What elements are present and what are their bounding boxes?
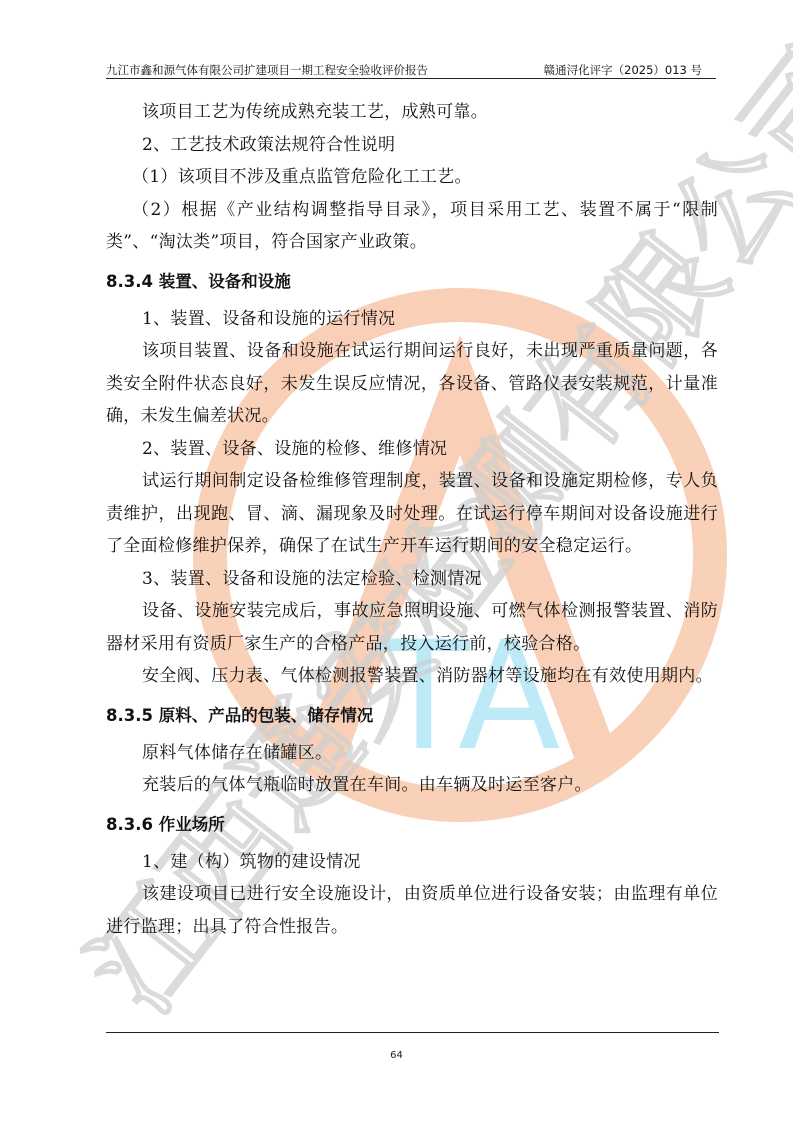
report-title: 九江市鑫和源气体有限公司扩建项目一期工程安全验收评价报告	[106, 62, 428, 78]
paragraph: 安全阀、压力表、气体检测报警装置、消防器材等设施均在有效使用期内。	[106, 660, 718, 693]
paragraph: 设备、设施安装完成后，事故应急照明设施、可燃气体检测报警装置、消防器材采用有资质…	[106, 595, 718, 660]
subheading: 1、建（构）筑物的建设情况	[106, 846, 718, 879]
subheading: 1、装置、设备和设施的运行情况	[106, 303, 718, 336]
paragraph: 该项目装置、设备和设施在试运行期间运行良好，未出现严重质量问题，各类安全附件状态…	[106, 335, 718, 433]
section-heading-8-3-6: 8.3.6 作业场所	[106, 812, 718, 838]
paragraph: 原料气体储存在储罐区。	[106, 737, 718, 770]
document-number: 赣通浔化评字（2025）013 号	[544, 62, 702, 78]
subheading: 3、装置、设备和设施的法定检验、检测情况	[106, 563, 718, 596]
page-number: 64	[0, 1050, 793, 1061]
page-header: 九江市鑫和源气体有限公司扩建项目一期工程安全验收评价报告 赣通浔化评字（2025…	[106, 62, 716, 79]
list-item: （2）根据《产业结构调整指导目录》，项目采用工艺、装置不属于“限制类”、“淘汰类…	[106, 194, 718, 259]
document-page: 九江市鑫和源气体有限公司扩建项目一期工程安全验收评价报告 赣通浔化评字（2025…	[0, 0, 793, 1122]
paragraph: 该项目工艺为传统成熟充装工艺，成熟可靠。	[106, 96, 718, 129]
footer-divider	[106, 1032, 719, 1033]
page-content: 该项目工艺为传统成熟充装工艺，成熟可靠。 2、工艺技术政策法规符合性说明 （1）…	[106, 96, 718, 943]
section-heading-8-3-5: 8.3.5 原料、产品的包装、储存情况	[106, 703, 718, 729]
paragraph: 试运行期间制定设备检维修管理制度，装置、设备和设施定期检修，专人负责维护，出现跑…	[106, 465, 718, 563]
section-heading-8-3-4: 8.3.4 装置、设备和设施	[106, 269, 718, 295]
subheading: 2、工艺技术政策法规符合性说明	[106, 129, 718, 162]
paragraph: 该建设项目已进行安全设施设计，由资质单位进行设备安装；由监理有单位进行监理；出具…	[106, 878, 718, 943]
list-item: （1）该项目不涉及重点监管危险化工工艺。	[106, 161, 718, 194]
paragraph: 充装后的气体气瓶临时放置在车间。由车辆及时运至客户。	[106, 769, 718, 802]
subheading: 2、装置、设备、设施的检修、维修情况	[106, 433, 718, 466]
